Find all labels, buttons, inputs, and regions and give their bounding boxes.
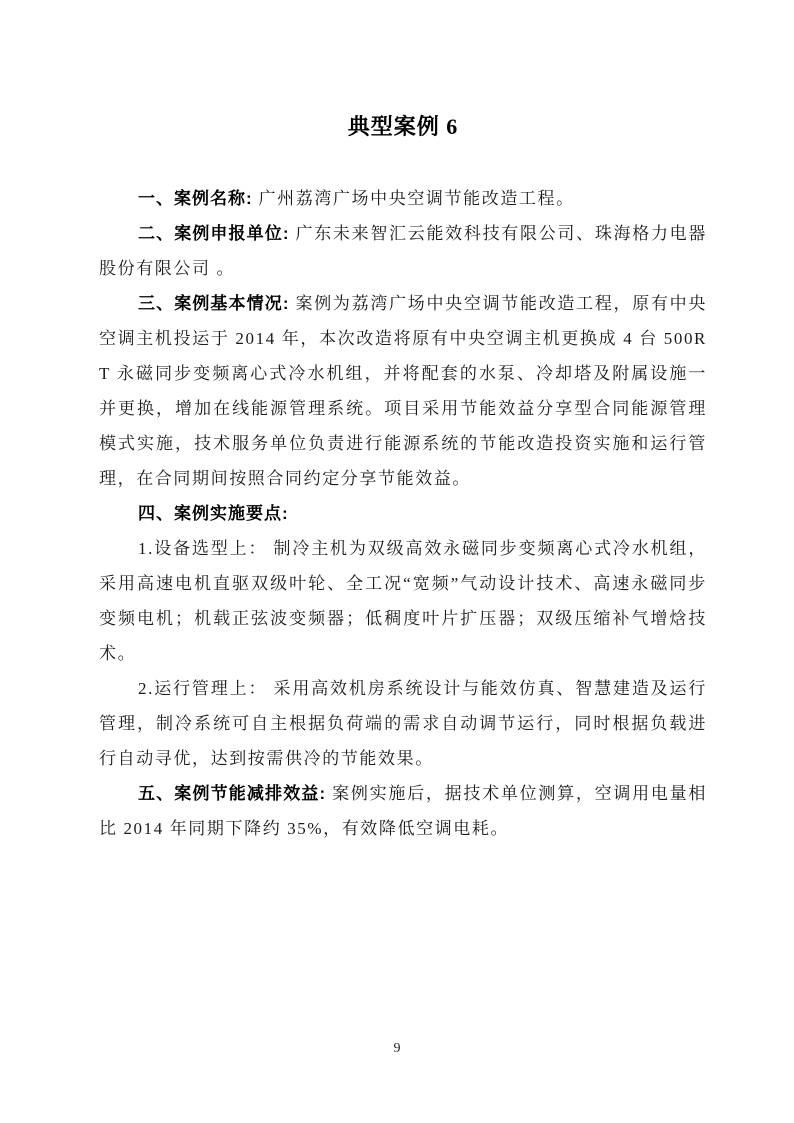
paragraph-text: 案例为荔湾广场中央空调节能改造工程，原有中央空调主机投运于 2014 年，本次改… (99, 294, 707, 488)
section-label-benefits: 五、案例节能减排效益: (138, 784, 326, 803)
page-number: 9 (0, 1041, 794, 1057)
paragraph-basic-situation: 三、案例基本情况: 案例为荔湾广场中央空调节能改造工程，原有中央空调主机投运于 … (99, 286, 707, 496)
paragraph-text: 广州荔湾广场中央空调节能改造工程。 (253, 189, 575, 208)
paragraph-item-operation: 2.运行管理上： 采用高效机房系统设计与能效仿真、智慧建造及运行管理，制冷系统可… (99, 671, 707, 776)
paragraph-text: 1.设备选型上： 制冷主机为双级高效永磁同步变频离心式冷水机组，采用高速电机直驱… (99, 539, 707, 663)
document-page: 典型案例 6 一、案例名称: 广州荔湾广场中央空调节能改造工程。 二、案例申报单… (0, 0, 794, 1123)
paragraph-applicant: 二、案例申报单位: 广东未来智汇云能效科技有限公司、珠海格力电器股份有限公司 。 (99, 216, 707, 286)
section-label-basic-situation: 三、案例基本情况: (138, 294, 290, 313)
page-title: 典型案例 6 (99, 110, 707, 141)
paragraph-implementation-heading: 四、案例实施要点: (99, 496, 707, 531)
paragraph-item-equipment: 1.设备选型上： 制冷主机为双级高效永磁同步变频离心式冷水机组，采用高速电机直驱… (99, 531, 707, 671)
paragraph-benefits: 五、案例节能减排效益: 案例实施后，据技术单位测算，空调用电量相比 2014 年… (99, 776, 707, 846)
document-content: 典型案例 6 一、案例名称: 广州荔湾广场中央空调节能改造工程。 二、案例申报单… (99, 110, 707, 846)
section-label-applicant: 二、案例申报单位: (138, 224, 290, 243)
section-label-implementation: 四、案例实施要点: (138, 504, 289, 523)
paragraph-case-name: 一、案例名称: 广州荔湾广场中央空调节能改造工程。 (99, 181, 707, 216)
section-label-case-name: 一、案例名称: (138, 189, 253, 208)
paragraph-text: 2.运行管理上： 采用高效机房系统设计与能效仿真、智慧建造及运行管理，制冷系统可… (99, 679, 707, 768)
